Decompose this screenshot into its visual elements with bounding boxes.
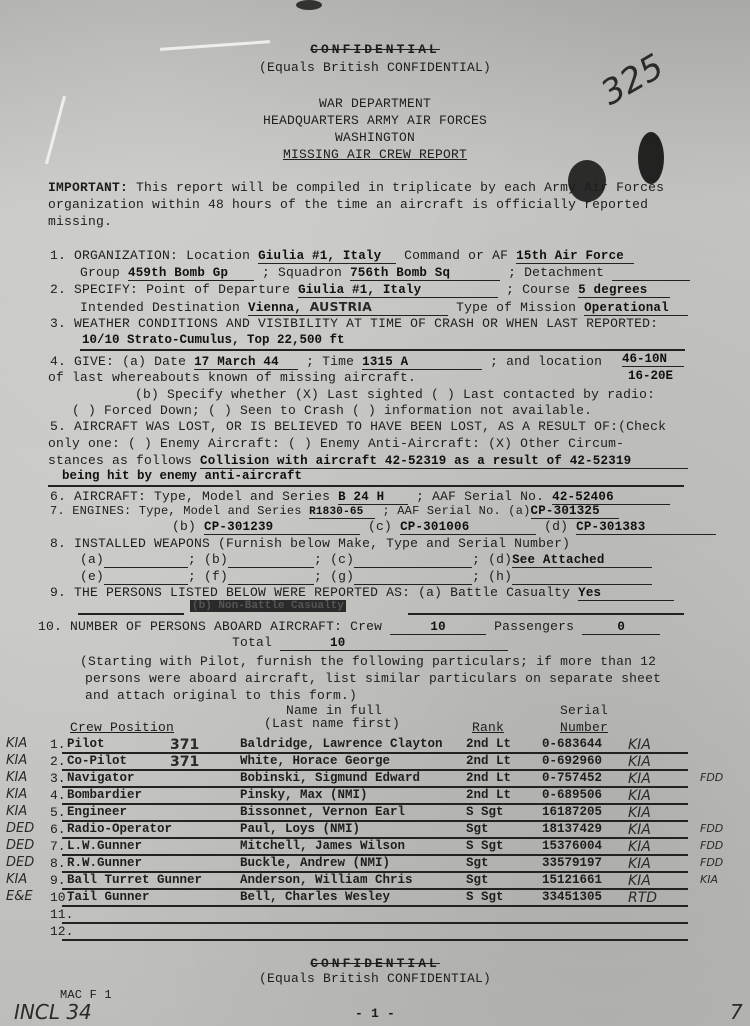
margin-note: FDD: [700, 822, 723, 835]
weapon-d-label: (d): [488, 552, 512, 567]
instructions-line-2: persons were aboard aircraft, list simil…: [85, 671, 661, 686]
crew-serial[interactable]: 15376004: [542, 839, 602, 853]
item5-num: 5.: [50, 419, 66, 434]
table-row: KIA3.NavigatorBobinski, Sigmund Edward2n…: [0, 771, 750, 788]
crew-status: KIA: [628, 856, 651, 872]
detachment-field[interactable]: [612, 266, 690, 281]
crew-name[interactable]: Baldridge, Lawrence Clayton: [240, 737, 443, 751]
item9-label: THE PERSONS LISTED BELOW WERE REPORTED A…: [74, 585, 570, 600]
engine-c-field[interactable]: CP-301006: [400, 520, 536, 535]
weather-underline: [80, 349, 685, 351]
mission-field[interactable]: Operational: [584, 301, 688, 316]
row-number: 4.: [50, 788, 66, 803]
left-note: KIA: [6, 770, 27, 785]
headquarters: HEADQUARTERS ARMY AIR FORCES: [0, 113, 750, 128]
crew-serial[interactable]: 33451305: [542, 890, 602, 904]
course-field[interactable]: 5 degrees: [578, 283, 670, 298]
time-field[interactable]: 1315 A: [362, 355, 482, 370]
item2-label: SPECIFY:: [74, 282, 138, 297]
weapon-f-field[interactable]: [228, 570, 314, 585]
weapon-g-label: (g): [330, 569, 354, 584]
passengers-count-field[interactable]: 0: [582, 620, 660, 635]
destination-label: Intended Destination: [80, 300, 240, 315]
crew-name[interactable]: Buckle, Andrew (NMI): [240, 856, 390, 870]
crew-status: KIA: [628, 873, 651, 889]
engine-a-label: (a): [508, 504, 530, 518]
course-label: ; Course: [506, 282, 570, 297]
header-rank: Rank: [472, 720, 504, 735]
aircraft-type-field[interactable]: B 24 H: [338, 490, 408, 505]
row-number: 9.: [50, 873, 66, 888]
location-lon-field[interactable]: 16-20E: [628, 369, 673, 383]
row-number: 1.: [50, 737, 66, 752]
time-label: ; Time: [306, 354, 354, 369]
crew-name[interactable]: Pinsky, Max (NMI): [240, 788, 368, 802]
item6-label: AIRCRAFT: Type, Model and Series: [74, 489, 330, 504]
engine-a-field[interactable]: CP-301325: [531, 504, 619, 519]
engine-b-label: (b): [172, 519, 196, 534]
classification-note-bottom: (Equals British CONFIDENTIAL): [0, 971, 750, 986]
weapon-c-field[interactable]: [354, 553, 472, 568]
crew-rank[interactable]: 2nd Lt: [466, 788, 511, 802]
crew-code: 371: [170, 754, 199, 770]
item9-num: 9.: [50, 585, 66, 600]
date-field[interactable]: 17 March 44: [194, 355, 298, 370]
crew-status: KIA: [628, 737, 651, 753]
detachment-label: ; Detachment: [508, 265, 604, 280]
crew-name[interactable]: Anderson, William Chris: [240, 873, 413, 887]
crew-rank[interactable]: Sgt: [466, 873, 489, 887]
crew-rank[interactable]: S Sgt: [466, 890, 504, 904]
item7-label: ENGINES: Type, Model and Series: [72, 504, 301, 518]
margin-note: FDD: [700, 839, 723, 852]
left-note: DED: [6, 855, 34, 870]
departure-field[interactable]: Giulia #1, Italy: [298, 283, 498, 298]
passengers-label: Passengers: [494, 619, 574, 634]
non-battle-casualty-struck: (b) Non-Battle Casualty: [190, 600, 346, 612]
crew-position[interactable]: Engineer: [67, 805, 127, 819]
margin-note: FDD: [700, 856, 723, 869]
instructions-line-3: and attach original to this form.): [85, 688, 357, 703]
table-row: DED8.R.W.GunnerBuckle, Andrew (NMI)Sgt33…: [0, 856, 750, 873]
specify-options-line: ( ) Forced Down; ( ) Seen to Crash ( ) i…: [72, 403, 592, 418]
instructions-line-1: (Starting with Pilot, furnish the follow…: [80, 654, 656, 669]
crew-status: KIA: [628, 839, 651, 855]
crew-rank[interactable]: S Sgt: [466, 839, 504, 853]
group-field[interactable]: 459th Bomb Gp: [128, 266, 254, 281]
ink-blot: [296, 0, 322, 10]
row-underline: [62, 939, 688, 941]
row-number: 7.: [50, 839, 66, 854]
engine-d-label: (d): [544, 519, 568, 534]
crew-serial[interactable]: 0-689506: [542, 788, 602, 802]
item5-line2: only one: ( ) Enemy Aircraft: ( ) Enemy …: [48, 436, 624, 451]
left-note: KIA: [6, 736, 27, 751]
table-row: KIA5.EngineerBissonnet, Vernon EarlS Sgt…: [0, 805, 750, 822]
crew-position[interactable]: Navigator: [67, 771, 135, 785]
crew-position[interactable]: R.W.Gunner: [67, 856, 142, 870]
page-number: - 1 -: [0, 1006, 750, 1021]
whereabouts-text: of last whereabouts known of missing air…: [48, 370, 416, 385]
command-field[interactable]: 15th Air Force: [516, 249, 634, 264]
table-row: KIA1.PilotBaldridge, Lawrence Clayton2nd…: [0, 737, 750, 754]
weapon-a-field[interactable]: [104, 553, 188, 568]
crew-count-field[interactable]: 10: [390, 620, 486, 635]
department: WAR DEPARTMENT: [0, 96, 750, 111]
engine-serial-label: ; AAF Serial No.: [382, 504, 500, 518]
mission-label: Type of Mission: [456, 300, 576, 315]
row-number: 11.: [50, 907, 73, 922]
important-text-2: organization within 48 hours of the time…: [48, 197, 648, 212]
left-note: KIA: [6, 753, 27, 768]
crew-status: KIA: [628, 754, 651, 770]
squadron-field[interactable]: 756th Bomb Sq: [350, 266, 500, 281]
item5-line3-label: stances as follows: [48, 453, 192, 468]
total-count-field[interactable]: 10: [280, 636, 508, 651]
total-label: Total: [232, 635, 272, 650]
item4-num: 4.: [50, 354, 66, 369]
circumstances-field-1[interactable]: Collision with aircraft 42-52319 as a re…: [200, 454, 688, 469]
aircraft-serial-label: ; AAF Serial No.: [416, 489, 544, 504]
row-number: 2.: [50, 754, 66, 769]
item3-label: WEATHER CONDITIONS AND VISIBILITY AT TIM…: [74, 316, 658, 331]
row-number: 8.: [50, 856, 66, 871]
crew-serial[interactable]: 18137429: [542, 822, 602, 836]
crew-name[interactable]: Bissonnet, Vernon Earl: [240, 805, 405, 819]
crew-serial[interactable]: 33579197: [542, 856, 602, 870]
crew-name[interactable]: Mitchell, James Wilson: [240, 839, 405, 853]
table-row: 11.: [0, 907, 750, 924]
weapon-a-label: (a): [80, 552, 104, 567]
item2-num: 2.: [50, 282, 66, 297]
item9-underline-right: [408, 613, 684, 615]
weather-field[interactable]: 10/10 Strato-Cumulus, Top 22,500 ft: [82, 333, 345, 347]
weapon-e-label: (e): [80, 569, 104, 584]
crew-position[interactable]: Pilot: [67, 737, 105, 751]
location-field[interactable]: Giulia #1, Italy: [258, 249, 396, 264]
header-serial-1: Serial: [560, 703, 608, 718]
destination-field[interactable]: Vienna, AUSTRIA: [248, 299, 448, 316]
item1-label: ORGANIZATION:: [74, 248, 178, 263]
circumstances-underline: [48, 485, 684, 487]
table-row: DED6.Radio-OperatorPaul, Loys (NMI)Sgt18…: [0, 822, 750, 839]
crew-rank[interactable]: Sgt: [466, 856, 489, 870]
classification-bottom: CONFIDENTIAL: [0, 956, 750, 971]
crew-label: Crew: [350, 619, 382, 634]
table-row: 12.: [0, 924, 750, 941]
crew-name[interactable]: Paul, Loys (NMI): [240, 822, 360, 836]
crew-position[interactable]: Co-Pilot: [67, 754, 127, 768]
left-note: KIA: [6, 872, 27, 887]
date-label: (a) Date: [122, 354, 186, 369]
engine-c-label: (c): [368, 519, 392, 534]
location-coord-label: ; and location: [490, 354, 602, 369]
weapon-g-field[interactable]: [354, 570, 472, 585]
weapon-b-label: (b): [204, 552, 228, 567]
item3-num: 3.: [50, 316, 66, 331]
important-text-3: missing.: [48, 214, 112, 229]
engine-b-field[interactable]: CP-301239: [204, 520, 360, 535]
crew-serial[interactable]: 0-757452: [542, 771, 602, 785]
item10-label: NUMBER OF PERSONS ABOARD AIRCRAFT:: [70, 619, 342, 634]
item10-num: 10.: [38, 619, 62, 634]
weapon-e-field[interactable]: [104, 570, 188, 585]
row-number: 6.: [50, 822, 66, 837]
item9-underline-left: [78, 613, 184, 615]
weapon-d-field[interactable]: See Attached: [512, 553, 652, 568]
crew-position[interactable]: Bombardier: [67, 788, 142, 802]
left-note: DED: [6, 821, 34, 836]
item8-num: 8.: [50, 536, 66, 551]
crew-serial[interactable]: 0-683644: [542, 737, 602, 751]
battle-casualty-field[interactable]: Yes: [578, 586, 674, 601]
crew-position[interactable]: Ball Turret Gunner: [67, 873, 202, 887]
left-note: KIA: [6, 804, 27, 819]
weapon-h-field[interactable]: [512, 570, 652, 585]
crew-status: KIA: [628, 771, 651, 787]
margin-note: FDD: [700, 771, 723, 784]
crew-position[interactable]: L.W.Gunner: [67, 839, 142, 853]
weapon-c-label: (c): [330, 552, 354, 567]
group-label: Group: [80, 265, 120, 280]
crew-status: RTD: [628, 890, 657, 906]
row-number: 5.: [50, 805, 66, 820]
table-row: KIA9.Ball Turret GunnerAnderson, William…: [0, 873, 750, 890]
row-number: 3.: [50, 771, 66, 786]
left-note: DED: [6, 838, 34, 853]
header-serial-2: Number: [560, 720, 608, 735]
crew-rank[interactable]: Sgt: [466, 822, 489, 836]
crew-code: 371: [170, 737, 199, 753]
weapon-f-label: (f): [204, 569, 228, 584]
crew-position[interactable]: Tail Gunner: [67, 890, 150, 904]
crew-rank[interactable]: S Sgt: [466, 805, 504, 819]
engine-d-field[interactable]: CP-301383: [576, 520, 716, 535]
item7-num: 7.: [50, 504, 65, 518]
important-text-1: This report will be compiled in triplica…: [136, 180, 664, 195]
crew-status: KIA: [628, 805, 651, 821]
command-label: Command or AF: [404, 248, 508, 263]
location-lat-field[interactable]: 46-10N: [622, 352, 684, 367]
report-title: MISSING AIR CREW REPORT: [0, 147, 750, 162]
crew-serial[interactable]: 15121661: [542, 873, 602, 887]
weapon-b-field[interactable]: [228, 553, 314, 568]
item5-line1: AIRCRAFT WAS LOST, OR IS BELIEVED TO HAV…: [74, 419, 666, 434]
crew-serial[interactable]: 16187205: [542, 805, 602, 819]
margin-note: KIA: [700, 873, 718, 886]
departure-label: Point of Departure: [146, 282, 290, 297]
item6-num: 6.: [50, 489, 66, 504]
table-row: KIA4.BombardierPinsky, Max (NMI)2nd Lt0-…: [0, 788, 750, 805]
destination-handwritten: AUSTRIA: [310, 299, 372, 314]
crew-name[interactable]: Bobinski, Sigmund Edward: [240, 771, 420, 785]
crew-position[interactable]: Radio-Operator: [67, 822, 172, 836]
item4-label: GIVE:: [74, 354, 114, 369]
important-label: IMPORTANT:: [48, 180, 128, 195]
document-page: CONFIDENTIAL (Equals British CONFIDENTIA…: [0, 0, 750, 1026]
location-label: Location: [186, 248, 250, 263]
item8-label: INSTALLED WEAPONS (Furnish below Make, T…: [74, 536, 570, 551]
table-row: E&E10.Tail GunnerBell, Charles WesleyS S…: [0, 890, 750, 907]
destination-typed: Vienna,: [248, 301, 302, 315]
weapon-h-label: (h): [488, 569, 512, 584]
specify-whether-line: (b) Specify whether (X) Last sighted ( )…: [135, 387, 655, 402]
left-note: KIA: [6, 787, 27, 802]
header-name-2: (Last name first): [264, 716, 400, 731]
crew-serial[interactable]: 0-692960: [542, 754, 602, 768]
handwritten-corner: 7: [730, 1000, 743, 1024]
crew-name[interactable]: Bell, Charles Wesley: [240, 890, 390, 904]
header-position: Crew Position: [70, 720, 174, 735]
crew-name[interactable]: White, Horace George: [240, 754, 390, 768]
crew-rank[interactable]: 2nd Lt: [466, 754, 511, 768]
table-row: KIA2.Co-PilotWhite, Horace George2nd Lt0…: [0, 754, 750, 771]
table-row: DED7.L.W.GunnerMitchell, James WilsonS S…: [0, 839, 750, 856]
crew-rank[interactable]: 2nd Lt: [466, 771, 511, 785]
row-number: 12.: [50, 924, 73, 939]
squadron-label: ; Squadron: [262, 265, 342, 280]
crew-status: KIA: [628, 822, 651, 838]
aircraft-serial-field[interactable]: 42-52406: [552, 490, 670, 505]
item1-num: 1.: [50, 248, 66, 263]
left-note: E&E: [6, 889, 33, 904]
city: WASHINGTON: [0, 130, 750, 145]
engine-type-field[interactable]: R1830-65: [309, 506, 375, 519]
circumstances-field-2[interactable]: being hit by enemy anti-aircraft: [62, 469, 302, 483]
crew-status: KIA: [628, 788, 651, 804]
crew-rank[interactable]: 2nd Lt: [466, 737, 511, 751]
